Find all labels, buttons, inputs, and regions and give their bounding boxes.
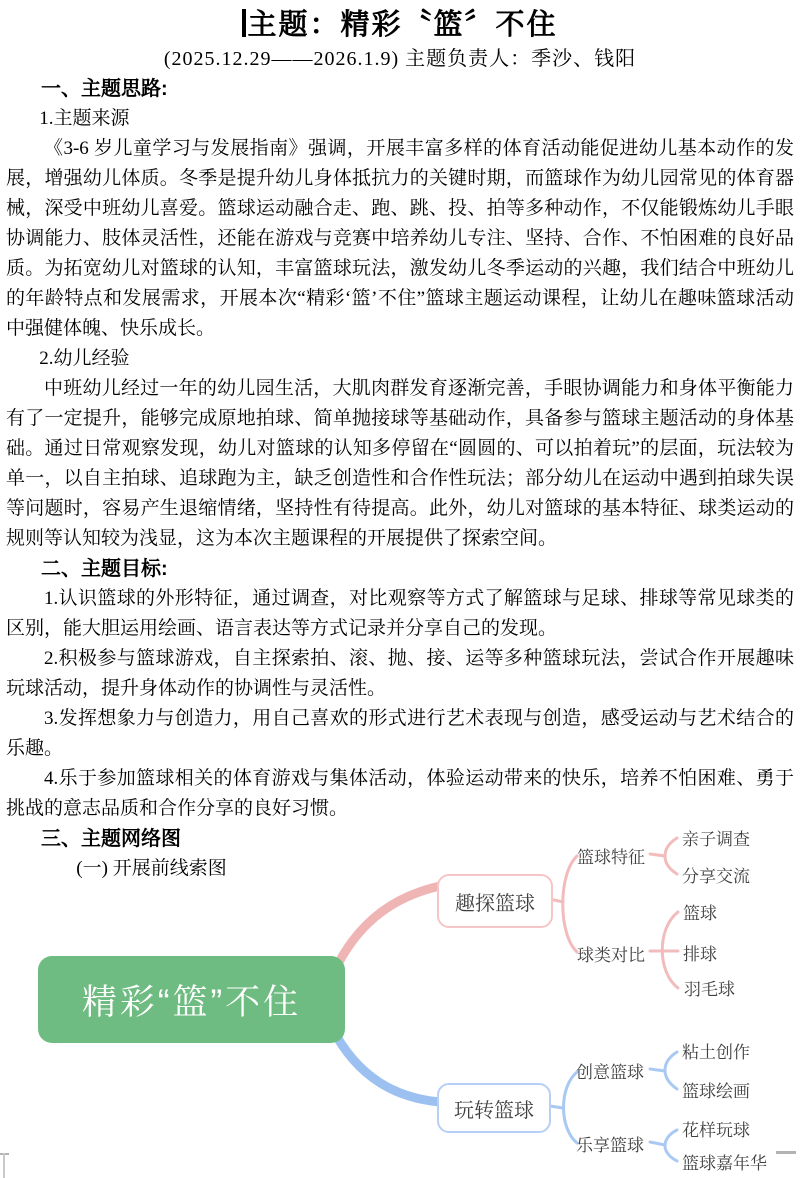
mindmap-node-qutan-lanqiu: 趣探篮球	[437, 874, 553, 928]
section1-sub2: 2.幼儿经验	[6, 344, 794, 374]
mindmap-diagram: 精彩“篮”不住 趣探篮球 玩转篮球 篮球特征 亲子调查 分享交流 球类对比 篮球…	[0, 806, 800, 1178]
mindmap-leaf-niantu-chuangzuo: 粘土创作	[682, 1038, 750, 1063]
mindmap-leaf-paiqiu: 排球	[683, 940, 717, 965]
mindmap-leaf-lanqiu-jianianhua: 篮球嘉年华	[682, 1149, 767, 1174]
section1-heading: 一、主题思路:	[6, 74, 794, 104]
text-boundary-mark-bottom-left-vertical	[3, 1153, 5, 1178]
section2-heading: 二、主题目标:	[6, 554, 794, 584]
document-subtitle: (2025.12.29——2026.1.9) 主题负责人：季沙、钱阳	[6, 44, 794, 74]
page-title-text: 主题：精彩〝篮〞不住	[247, 9, 557, 41]
mindmap-leaf-huayang-wanqiu: 花样玩球	[682, 1116, 750, 1141]
text-boundary-mark-bottom-right	[776, 1151, 796, 1154]
mindmap-label-qiulei-duibi: 球类对比	[577, 941, 645, 966]
mindmap-leaf-lanqiu: 篮球	[683, 899, 717, 924]
mindmap-leaf-fenxiang-jiaoliu: 分享交流	[682, 862, 750, 887]
page-title: 主题：精彩〝篮〞不住	[6, 6, 794, 44]
mindmap-label-chuangyi-lanqiu: 创意篮球	[576, 1058, 644, 1083]
text-cursor	[242, 9, 246, 37]
section1-sub1: 1.主题来源	[6, 104, 794, 134]
document-body: 主题：精彩〝篮〞不住 (2025.12.29——2026.1.9) 主题负责人：…	[0, 0, 800, 884]
branch-curve-bottom	[332, 1028, 440, 1102]
branch-curve-top	[333, 886, 440, 974]
document-page: 主题：精彩〝篮〞不住 (2025.12.29——2026.1.9) 主题负责人：…	[0, 0, 800, 1178]
mindmap-leaf-yumaoqiu: 羽毛球	[684, 975, 735, 1000]
mindmap-center-node: 精彩“篮”不住	[38, 956, 345, 1043]
document-content: 一、主题思路: 1.主题来源 《3-6 岁儿童学习与发展指南》强调，开展丰富多样…	[6, 74, 794, 884]
goal-item-3: 3.发挥想象力与创造力，用自己喜欢的形式进行艺术表现与创造，感受运动与艺术结合的…	[6, 704, 794, 764]
mindmap-label-lexiang-lanqiu: 乐享篮球	[576, 1131, 644, 1156]
section1-para1: 《3-6 岁儿童学习与发展指南》强调，开展丰富多样的体育活动能促进幼儿基本动作的…	[6, 134, 794, 344]
mindmap-label-lanqiu-tezheng: 篮球特征	[577, 843, 645, 868]
goal-item-2: 2.积极参与篮球游戏，自主探索拍、滚、抛、接、运等多种篮球玩法，尝试合作开展趣味…	[6, 644, 794, 704]
section1-para2: 中班幼儿经过一年的幼儿园生活，大肌肉群发育逐渐完善，手眼协调能力和身体平衡能力有…	[6, 374, 794, 554]
goal-item-1: 1.认识篮球的外形特征，通过调查，对比观察等方式了解篮球与足球、排球等常见球类的…	[6, 584, 794, 644]
mindmap-leaf-qinzi-diaocha: 亲子调查	[682, 825, 750, 850]
mindmap-node-wanzhuan-lanqiu: 玩转篮球	[437, 1083, 551, 1133]
mindmap-leaf-lanqiu-huihua: 篮球绘画	[682, 1077, 750, 1102]
